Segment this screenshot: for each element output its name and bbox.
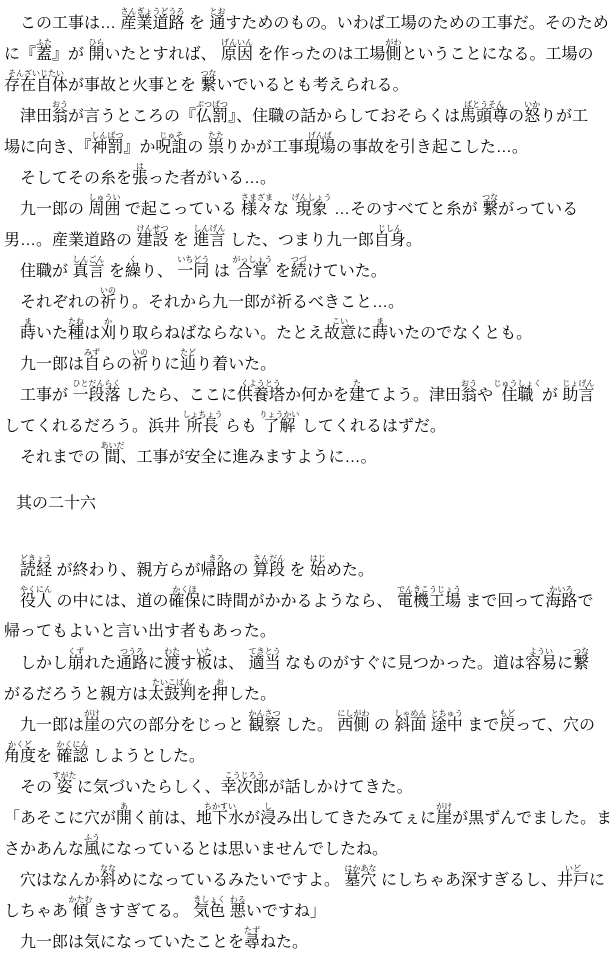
ruby-annotated-word: 産業道路さんぎょうどうろ: [120, 15, 184, 32]
ruby-annotated-word: 種たね: [68, 325, 84, 342]
ruby-annotated-word: 馬頭尊ばとうそん: [460, 108, 508, 125]
ruby-annotated-word: 合掌がっしょう: [234, 263, 270, 280]
ruby-annotated-word: 建設けんせつ: [136, 232, 168, 249]
text-line: しちゃあ 傾かたむ きすぎてる。 気色きしょく 悪わるいですね」: [4, 895, 609, 926]
ruby-annotated-word: 祈いの: [132, 356, 148, 373]
ruby-annotated-word: 続つづ: [291, 263, 307, 280]
document-body: この工事は… 産業道路さんぎょうどうろ を 通とおすためのもの。いわば工場のため…: [4, 7, 609, 957]
blank-line: [4, 472, 609, 488]
text-line: 角度かくどを 確認かくにん しようとした。: [4, 740, 609, 771]
page: { "page": { "background": "#ffffff", "te…: [0, 0, 609, 971]
text-line: しかし崩くずれた通路つうろに渡わたす板いたは、 適当てきとう なものがすぐに見つ…: [4, 647, 609, 678]
chapter-heading: 其の二十六: [4, 488, 609, 519]
text-line: さかあんな風ふうになっているとは思いませんでしたね。: [4, 833, 609, 864]
ruby-annotated-word: 姿すがた: [56, 779, 72, 796]
ruby-annotated-word: 電機工場でんきこうじょう: [397, 593, 461, 610]
ruby-annotated-word: 気色きしょく: [193, 903, 225, 920]
text-line: してくれるだろう。浜井 所長しょちょう らも 了解りょうかい してくれるはずだ。: [4, 410, 609, 441]
ruby-annotated-word: 通路つうろ: [116, 655, 148, 672]
ruby-annotated-word: 神罰しんばつ: [91, 139, 123, 156]
ruby-annotated-word: 自身じしん: [374, 232, 406, 249]
ruby-annotated-word: 読経どきょう: [20, 562, 52, 579]
ruby-annotated-word: 地下水ちかすい: [196, 810, 244, 827]
ruby-annotated-word: 海路かいろ: [545, 593, 577, 610]
text-line: 読経どきょう が終わり、親方らが帰路きろの 算段さんだん を 始はじめた。: [4, 554, 609, 585]
ruby-annotated-word: 帰路きろ: [200, 562, 232, 579]
text-line: 住職が 真言しんごん を繰くり、 一同いちどう は 合掌がっしょう を続つづけて…: [4, 255, 609, 286]
ruby-annotated-word: 自みず: [84, 356, 100, 373]
ruby-annotated-word: 繋つな: [482, 201, 498, 218]
ruby-annotated-word: 刈か: [100, 325, 116, 342]
ruby-annotated-word: 開あ: [116, 810, 132, 827]
ruby-annotated-word: 途中とちゅう: [431, 717, 463, 734]
ruby-annotated-word: 様々さまざま: [241, 201, 273, 218]
ruby-annotated-word: 周囲しゅうい: [88, 201, 120, 218]
ruby-annotated-word: 浸し: [260, 810, 276, 827]
ruby-annotated-word: 始はじ: [310, 562, 326, 579]
ruby-annotated-word: 崖がけ: [84, 717, 100, 734]
ruby-annotated-word: 太鼓判たいこばん: [148, 686, 196, 703]
novel-text-page: この工事は… 産業道路さんぎょうどうろ を 通とおすためのもの。いわば工場のため…: [0, 0, 609, 957]
ruby-annotated-word: 所長しょちょう: [184, 418, 220, 435]
ruby-annotated-word: 繰く: [125, 263, 141, 280]
text-line: 九一郎は自みずらの祈いのりに辿たどり着いた。: [4, 348, 609, 379]
text-line: 津田翁おうが言うところの『仏罰ぶつばつ』、住職の話からしておそらくは馬頭尊ばとう…: [4, 100, 609, 131]
ruby-annotated-word: 助言じょげん: [562, 387, 594, 404]
ruby-annotated-word: 尋たず: [244, 934, 260, 951]
ruby-annotated-word: 仏罰ぶつばつ: [196, 108, 228, 125]
text-line: 九一郎の 周囲しゅうい で起こっている 様々さまざまな 現象げんしょう …そのす…: [4, 193, 609, 224]
ruby-annotated-word: 崩くず: [68, 655, 84, 672]
ruby-annotated-word: 繋つな: [573, 655, 589, 672]
text-line: 役人やくにん の中には、道の確保かくほに時間がかかるようなら、 電機工場でんきこ…: [4, 585, 609, 616]
ruby-annotated-word: 開ひら: [88, 46, 104, 63]
ruby-annotated-word: 傾かたむ: [72, 903, 88, 920]
ruby-annotated-word: 幸次郎こうじろう: [221, 779, 269, 796]
ruby-annotated-word: 観察かんさつ: [248, 717, 280, 734]
text-line: 男…。産業道路の 建設けんせつ を 進言しんげん した、つまり九一郎自身じしん。: [4, 224, 609, 255]
ruby-annotated-word: 蒔ま: [20, 325, 36, 342]
ruby-annotated-word: 算段さんだん: [253, 562, 285, 579]
text-line: 九一郎は気になっていたことを尋たずねた。: [4, 926, 609, 957]
ruby-annotated-word: 翁おう: [52, 108, 68, 125]
ruby-annotated-word: 西側にしがわ: [337, 717, 369, 734]
ruby-annotated-word: 確保かくほ: [168, 593, 200, 610]
ruby-annotated-word: 斜なな: [100, 872, 116, 889]
ruby-annotated-word: 容易ようい: [525, 655, 557, 672]
text-line: 「あそこに穴が開あく前は、地下水ちかすいが浸しみ出してきたみてぇに崖がけが黒ずん…: [4, 802, 609, 833]
ruby-annotated-word: 側がわ: [385, 46, 401, 63]
ruby-annotated-word: 祟たた: [208, 139, 224, 156]
ruby-annotated-word: 適当てきとう: [249, 655, 281, 672]
ruby-annotated-word: 角度かくど: [4, 748, 36, 765]
ruby-annotated-word: 確認かくにん: [56, 748, 88, 765]
ruby-annotated-word: 怒いか: [524, 108, 540, 125]
text-line: に『蓋ふた』が 開ひらいたとすれば、 原因げんいん を作ったのは工場側がわという…: [4, 38, 609, 69]
ruby-annotated-word: 供養塔くようとう: [237, 387, 285, 404]
ruby-annotated-word: 斜面しゃめん: [394, 717, 426, 734]
text-line: この工事は… 産業道路さんぎょうどうろ を 通とおすためのもの。いわば工場のため…: [4, 7, 609, 38]
ruby-annotated-word: 通とお: [209, 15, 225, 32]
ruby-annotated-word: 役人やくにん: [20, 593, 52, 610]
ruby-annotated-word: 建た: [349, 387, 365, 404]
ruby-annotated-word: 板いた: [196, 655, 212, 672]
ruby-annotated-word: 呪詛じゅそ: [155, 139, 187, 156]
ruby-annotated-word: 戻もど: [499, 717, 515, 734]
text-line: 帰ってもよいと言い出す者もあった。: [4, 616, 609, 647]
ruby-annotated-word: 祈いの: [100, 294, 116, 311]
ruby-annotated-word: 悪わる: [230, 903, 246, 920]
ruby-annotated-word: 井戸いど: [557, 872, 589, 889]
ruby-annotated-word: 一同いちどう: [177, 263, 209, 280]
text-line: がるだろうと親方は太鼓判たいこばんを押おした。: [4, 678, 609, 709]
text-line: それぞれの祈いのり。それから九一郎が祈るべきこと…。: [4, 286, 609, 317]
text-line: 穴はなんか斜ななめになっているみたいですよ。 墓穴はかあな にしちゃあ深すぎるし…: [4, 864, 609, 895]
ruby-annotated-word: 崖がけ: [436, 810, 452, 827]
ruby-annotated-word: 進言しんげん: [193, 232, 225, 249]
ruby-annotated-word: 辿たど: [180, 356, 196, 373]
ruby-annotated-word: 真言しんごん: [72, 263, 104, 280]
ruby-annotated-word: 繋つな: [200, 77, 216, 94]
text-line: それまでの 間あいだ、工事が安全に進みますように…。: [4, 441, 609, 472]
ruby-annotated-word: 押お: [212, 686, 228, 703]
ruby-annotated-word: 渡わた: [164, 655, 180, 672]
ruby-annotated-word: 一段落ひとだんらく: [72, 387, 120, 404]
ruby-annotated-word: 原因げんいん: [221, 46, 253, 63]
ruby-annotated-word: 墓穴はかあな: [344, 872, 376, 889]
text-line: 場に向き、『神罰しんばつ』か呪詛じゅその 祟たたりかが工事現場げんばの事故を引き…: [4, 131, 609, 162]
text-line: その 姿すがた に気づいたらしく、幸次郎こうじろうが話しかけてきた。: [4, 771, 609, 802]
ruby-annotated-word: 現場げんば: [304, 139, 336, 156]
blank-line: [4, 519, 609, 554]
ruby-annotated-word: 住職じゅうしょく: [497, 387, 537, 404]
ruby-annotated-word: 蓋ふた: [36, 46, 52, 63]
ruby-annotated-word: 間あいだ: [104, 449, 120, 466]
ruby-annotated-word: 現象げんしょう: [294, 201, 330, 218]
text-line: そしてその糸を張はった者がいる…。: [4, 162, 609, 193]
ruby-annotated-word: 了解りょうかい: [261, 418, 297, 435]
text-line: 蒔まいた種たねは刈かり取らねばならない。たとえ故意こいに蒔まいたのでなくとも。: [4, 317, 609, 348]
ruby-annotated-word: 故意こい: [324, 325, 356, 342]
ruby-annotated-word: 翁おう: [461, 387, 477, 404]
text-line: 存在自体そんざいじたいが事故と火事とを 繋つないでいるとも考えられる。: [4, 69, 609, 100]
text-line: 工事が 一段落ひとだんらく したら、ここに供養塔くようとうか何かを建たてよう。津…: [4, 379, 609, 410]
ruby-annotated-word: 張は: [132, 170, 148, 187]
ruby-annotated-word: 風ふう: [84, 841, 100, 858]
ruby-annotated-word: 存在自体そんざいじたい: [4, 77, 68, 94]
text-line: 九一郎は崖がけの穴の部分をじっと 観察かんさつ した。 西側にしがわ の 斜面し…: [4, 709, 609, 740]
ruby-annotated-word: 蒔ま: [372, 325, 388, 342]
